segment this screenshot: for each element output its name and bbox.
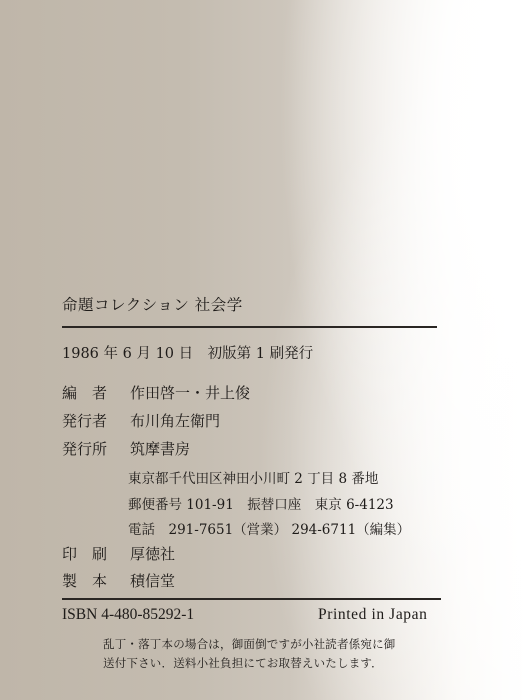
- isbn: ISBN 4-480-85292-1: [62, 606, 194, 624]
- top-divider: [62, 326, 437, 328]
- credit-value: 積信堂: [130, 570, 175, 591]
- publisher-address: 東京都千代田区神田小川町 2 丁目 8 番地: [128, 467, 378, 487]
- credit-editor: 編 者 作田啓一・井上俊: [62, 382, 250, 403]
- notice-line: 送付下さい．送料小社負担にてお取替えいたします．: [103, 655, 383, 671]
- bottom-divider: [62, 598, 441, 600]
- credit-binder: 製 本 積信堂: [62, 570, 175, 591]
- credit-label: 発行所: [62, 438, 130, 459]
- publisher-phone: 電話 291-7651（営業） 294-6711（編集）: [128, 518, 410, 538]
- credit-label: 製 本: [62, 570, 130, 591]
- printed-in: Printed in Japan: [318, 606, 427, 624]
- credit-value: 筑摩書房: [130, 438, 190, 459]
- credit-value: 厚徳社: [130, 543, 175, 564]
- credit-value: 作田啓一・井上俊: [130, 382, 250, 403]
- credit-label: 印 刷: [62, 543, 130, 564]
- credit-publisher-company: 発行所 筑摩書房: [62, 438, 190, 459]
- notice-line: 乱丁・落丁本の場合は，御面倒ですが小社読者係宛に御: [103, 636, 396, 652]
- book-title: 命題コレクション 社会学: [62, 293, 243, 315]
- credit-label: 編 者: [62, 382, 130, 403]
- credit-label: 発行者: [62, 410, 130, 431]
- colophon-page: 命題コレクション 社会学 1986 年 6 月 10 日 初版第 1 刷発行 編…: [0, 0, 525, 700]
- credit-value: 布川角左衛門: [130, 410, 220, 431]
- credit-printer: 印 刷 厚徳社: [62, 543, 175, 564]
- credit-publisher-person: 発行者 布川角左衛門: [62, 410, 220, 431]
- edition-date: 1986 年 6 月 10 日 初版第 1 刷発行: [62, 342, 313, 363]
- publisher-postal-transfer: 郵便番号 101-91 振替口座 東京 6-4123: [128, 493, 394, 513]
